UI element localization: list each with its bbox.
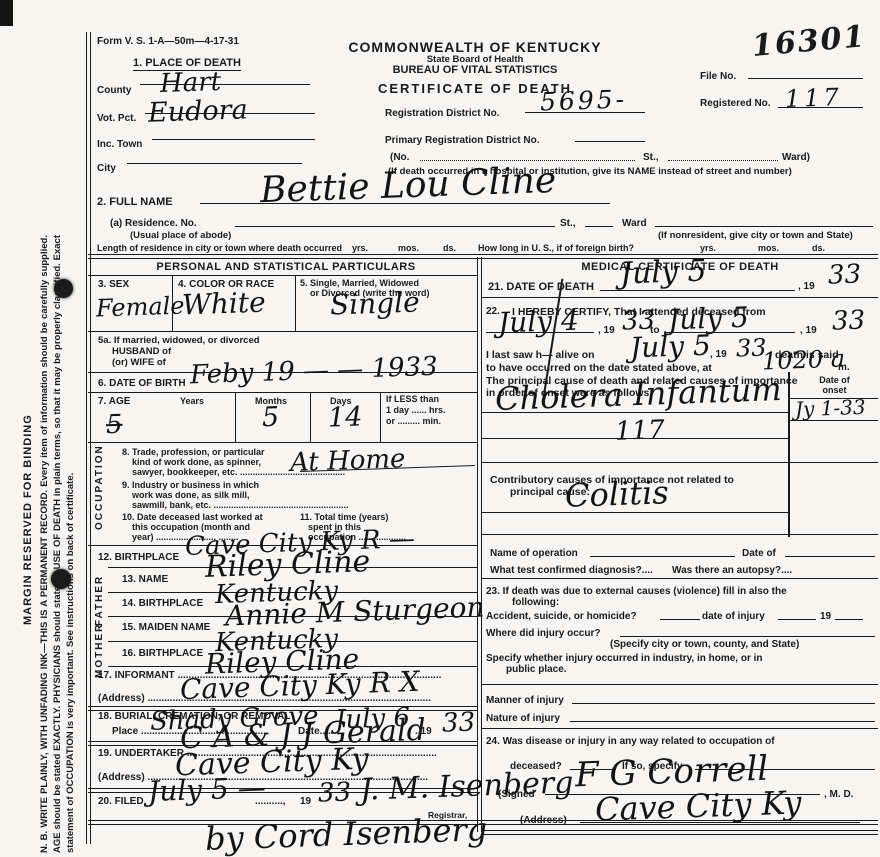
- occ-item9-line3: sawmill, bank, etc. ....................…: [132, 500, 349, 510]
- death-certificate-scan: MARGIN RESERVED FOR BINDING N. B. WRITE …: [0, 0, 880, 857]
- length-ds-label: ds.: [443, 243, 456, 253]
- cause-line-1: [482, 412, 788, 413]
- deceased-label: deceased?: [510, 761, 562, 772]
- registered-no-label: Registered No.: [700, 98, 771, 109]
- specify-city-note: (Specify city or town, county, and State…: [610, 639, 799, 650]
- lastsaw-year-prefix: , 19: [710, 349, 727, 360]
- age-border-1: [235, 392, 236, 442]
- full-name-label: 2. FULL NAME: [97, 196, 173, 208]
- doctor-address-line: [580, 822, 860, 823]
- nonresident-note: (If nonresident, give city or town and S…: [658, 230, 853, 241]
- filed-label: 20. FILED: [98, 796, 144, 807]
- injury-19-label: 19: [820, 611, 831, 622]
- inc-town-line: [152, 139, 315, 140]
- sex-label: 3. SEX: [98, 279, 129, 290]
- occ-item8-line2: kind of work done, as spinner,: [132, 457, 261, 467]
- manner-label: Manner of injury: [486, 695, 564, 706]
- father-bp-label: 14. BIRTHPLACE: [122, 598, 203, 609]
- contributory-line-2: [482, 534, 788, 535]
- dod-rule: [482, 297, 878, 298]
- street-no-label: (No.: [390, 152, 409, 163]
- registrar-by-signature: by Cord Isenberg: [205, 813, 488, 855]
- filed-year-prefix: 19: [300, 796, 311, 807]
- registrar-signature: J. M. Isenberg: [360, 768, 574, 805]
- vot-pct-value: Eudora: [148, 96, 249, 126]
- length-mos-label: mos.: [398, 243, 419, 253]
- onset-value-rule: [790, 420, 878, 421]
- to-year-prefix: , 19: [800, 325, 817, 336]
- cause-line-2: [482, 438, 788, 439]
- accident-label: Accident, suicide, or homicide?: [486, 611, 637, 622]
- column-divider: [477, 257, 482, 832]
- age-months-value: 5: [262, 404, 280, 432]
- where-injury-label: Where did injury occur?: [486, 628, 600, 639]
- test-label: What test confirmed diagnosis?....: [490, 565, 653, 576]
- age-border-2: [310, 392, 311, 442]
- file-no-line: [748, 78, 863, 79]
- lastsaw-label: I last saw h— alive on: [486, 349, 595, 361]
- reg-district-value: 5695-: [540, 86, 628, 114]
- dod-value: July 5: [620, 256, 708, 289]
- item23-line1: 23. If death was due to external causes …: [486, 586, 787, 597]
- signed-label: (Signed: [498, 789, 535, 800]
- scan-corner-mark: [0, 0, 13, 26]
- onset-line-3: [790, 462, 878, 463]
- abode-note: (Usual place of abode): [130, 230, 231, 241]
- dod-line: [600, 290, 795, 291]
- operation-date-label: Date of: [742, 548, 776, 559]
- bureau-subtitle: BUREAU OF VITAL STATISTICS: [330, 64, 620, 76]
- onset-line-4: [790, 534, 878, 535]
- cell-border-2: [295, 275, 296, 331]
- contributory-line-1: [482, 512, 788, 513]
- from-year-prefix: , 19: [598, 325, 615, 336]
- county-line: [140, 84, 310, 85]
- injury-date-label: date of injury: [702, 611, 765, 622]
- dod-label: 21. DATE OF DEATH: [488, 281, 594, 293]
- city-label: City: [97, 163, 116, 174]
- residence-ward-line: [655, 226, 873, 227]
- injury-date-line: [778, 619, 816, 620]
- birthplace-label: 12. BIRTHPLACE: [98, 552, 179, 563]
- age-border-3: [380, 392, 381, 442]
- wife-label: (or) WIFE of: [112, 357, 166, 368]
- street-line2: [668, 160, 778, 161]
- onset-box-border: [788, 372, 790, 537]
- onset-label-line1: Date of: [792, 375, 877, 385]
- doctor-address-value: Cave City Ky: [595, 786, 803, 825]
- item24-label: 24. Was disease or injury in any way rel…: [486, 736, 775, 747]
- if-less-label-2: 1 day ...... hrs.: [386, 405, 446, 415]
- occ-item9-line2: work was done, as silk mill,: [132, 490, 250, 500]
- registered-no-line: [778, 107, 863, 108]
- test-rule: [482, 578, 878, 579]
- lastsaw-value: July 5: [630, 332, 712, 363]
- inc-town-label: Inc. Town: [97, 139, 142, 150]
- dod-year-prefix: , 19: [798, 281, 815, 292]
- vot-pct-line: [145, 113, 315, 114]
- ward-label: Ward): [782, 152, 810, 163]
- margin-binding-text: MARGIN RESERVED FOR BINDING: [22, 375, 34, 625]
- nature-line: [570, 721, 875, 722]
- county-value: Hart: [160, 69, 222, 97]
- age-years-value: 5: [106, 412, 123, 439]
- nature-label: Nature of injury: [486, 713, 560, 724]
- specify-rule: [482, 684, 878, 685]
- certificate-stamp-number: 16301: [751, 19, 868, 64]
- occ-item11-line1: 11. Total time (years): [300, 512, 388, 522]
- occupation-vertical-label: OCCUPATION: [94, 448, 105, 530]
- how-long-label: How long in U. S., if of foreign birth?: [478, 243, 634, 253]
- if-less-label-3: or ......... min.: [386, 416, 441, 426]
- row345-rule: [88, 331, 477, 332]
- if-less-label-1: If LESS than: [386, 394, 439, 404]
- age-days-value: 14: [328, 403, 363, 431]
- to-year-value: 33: [832, 307, 866, 334]
- injury-19-line: [835, 619, 863, 620]
- occurred-label: to have occurred on the date stated abov…: [486, 362, 712, 374]
- cause-scribble: 117: [615, 417, 666, 445]
- commonwealth-title: COMMONWEALTH OF KENTUCKY: [330, 39, 620, 55]
- specify-whether-line1: Specify whether injury occurred in indus…: [486, 653, 763, 664]
- primary-reg-line: [575, 141, 645, 142]
- nature-rule: [482, 728, 878, 729]
- age-rule: [88, 442, 477, 443]
- length-residence-label: Length of residence in city or town wher…: [97, 243, 342, 253]
- operation-label: Name of operation: [490, 548, 578, 559]
- age-label: 7. AGE: [98, 396, 130, 407]
- contributory-value: Colitis: [564, 476, 669, 512]
- mother-name-value: Annie M Sturgeon: [225, 593, 485, 630]
- item23-line2: following:: [512, 597, 559, 608]
- operation-line: [590, 556, 735, 557]
- reg-district-label: Registration District No.: [385, 108, 499, 119]
- full-name-line: [200, 203, 610, 204]
- personal-title: PERSONAL AND STATISTICAL PARTICULARS: [95, 261, 477, 273]
- howlong-mos-label: mos.: [758, 243, 779, 253]
- filed-dots: ..........,: [255, 796, 286, 807]
- bottom-rule: [482, 830, 878, 835]
- informant-address-value: Cave City Ky R X: [180, 668, 420, 704]
- primary-reg-label: Primary Registration District No.: [385, 135, 539, 146]
- personal-title-rule: [88, 275, 477, 276]
- file-no-label: File No.: [700, 71, 736, 82]
- city-line: [127, 163, 302, 164]
- street-label: St.,: [643, 152, 659, 163]
- md-label: , M. D.: [824, 789, 853, 800]
- accident-line: [660, 619, 700, 620]
- specify-whether-line2: public place.: [506, 664, 567, 675]
- dob-value: Feby 19 — — 1933: [190, 354, 438, 389]
- age-years-label: Years: [180, 396, 204, 406]
- occ-item10-line1: 10. Date deceased last worked at: [122, 512, 263, 522]
- dod-year-value: 33: [828, 261, 862, 288]
- husband-label: HUSBAND of: [112, 346, 171, 357]
- section-divider-rule: [88, 254, 878, 259]
- mother-bp-label: 16. BIRTHPLACE: [122, 648, 203, 659]
- vot-pct-label: Vot. Pct.: [97, 113, 136, 124]
- occ-item9-line1: 9. Industry or business in which: [122, 480, 259, 490]
- residence-st-label: St.,: [560, 218, 576, 229]
- certify-from-line: [486, 332, 594, 333]
- residence-ward-label: Ward: [622, 218, 647, 229]
- filed-year-value: 33: [318, 779, 352, 806]
- mother-name-label: 15. MAIDEN NAME: [122, 622, 210, 633]
- residence-st-line: [585, 226, 613, 227]
- margin-nb-text: N. B. WRITE PLAINLY, WITH UNFADING INK—T…: [38, 235, 77, 853]
- form-left-border: [86, 32, 91, 844]
- dob-label: 6. DATE OF BIRTH: [98, 378, 186, 389]
- cause-of-death-value: Cholera Infantum: [495, 373, 783, 415]
- doctor-address-label: (Address): [520, 815, 567, 826]
- residence-label: (a) Residence. No.: [110, 218, 197, 229]
- operation-date-line: [785, 556, 875, 557]
- reg-district-line: [525, 112, 645, 113]
- onset-date-value: Jy 1-33: [795, 397, 866, 419]
- county-label: County: [97, 85, 131, 96]
- onset-label-line2: onset: [792, 385, 877, 395]
- residence-line: [235, 226, 555, 227]
- married-label: 5a. If married, widowed, or divorced: [98, 335, 260, 346]
- father-name-label: 13. NAME: [122, 574, 168, 585]
- burial-year-value: 33: [442, 709, 476, 736]
- form-number: Form V. S. 1-A—50m—4-17-31: [97, 36, 239, 47]
- autopsy-label: Was there an autopsy?....: [672, 565, 792, 576]
- dob-rule: [88, 392, 477, 393]
- filed-date-value: July 5 —: [148, 774, 267, 806]
- where-injury-line: [620, 636, 875, 637]
- cause-line-3: [482, 462, 788, 463]
- manner-line: [572, 703, 875, 704]
- race-value: White: [182, 289, 267, 320]
- m-label: m.: [838, 362, 850, 373]
- marital-value: Single: [330, 288, 421, 319]
- howlong-ds-label: ds.: [812, 243, 825, 253]
- occ-item8-line1: 8. Trade, profession, or particular: [122, 447, 265, 457]
- length-yrs-label: yrs.: [352, 243, 368, 253]
- howlong-yrs-label: yrs.: [700, 243, 716, 253]
- sex-value: Female: [96, 293, 185, 320]
